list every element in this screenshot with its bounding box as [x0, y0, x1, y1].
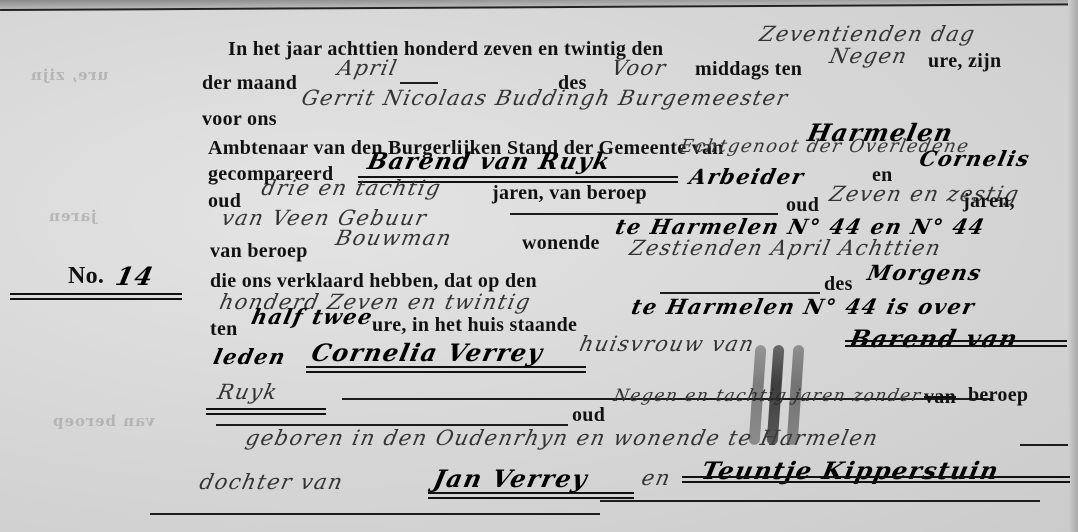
handwritten-spouse-surname: Ruyk [215, 380, 280, 404]
father-name-underline [428, 492, 634, 499]
printed-month-label: der maand [202, 72, 297, 95]
handwritten-death-date: Zestienden April Achttien [627, 236, 943, 260]
handwritten-time-of-day: Morgens [865, 260, 984, 285]
printed-jaren-van-beroep: jaren, van beroep [492, 182, 647, 205]
handwritten-occupation-2: Bouwman [333, 226, 454, 250]
page-top-edge [0, 0, 1078, 11]
printed-van-struck: van [924, 386, 956, 409]
spouse-name-underline [845, 340, 1067, 347]
bleed-through-text: ure, zijn [30, 66, 108, 84]
handwritten-declarant-2-firstname: Cornelis [917, 146, 1033, 171]
printed-ure-in-het-huis: ure, in het huis staande [372, 314, 577, 337]
handwritten-en: en [639, 466, 673, 490]
printed-jaren: jaren, [963, 190, 1015, 213]
bleed-through-text: jaren [48, 207, 97, 225]
handwritten-day: Zeventienden dag [757, 22, 978, 46]
printed-beroep: beroep [968, 384, 1028, 407]
printed-oud-3: oud [572, 404, 605, 427]
mother-name-underline [682, 476, 1070, 483]
handwritten-occupation-1: Arbeider [687, 164, 807, 189]
printed-wonende: wonende [522, 232, 600, 255]
fill-line [600, 500, 1040, 502]
handwritten-declarant-1: Barend van Ruyk [365, 148, 613, 175]
handwritten-official-name: Gerrit Nicolaas Buddingh Burgemeester [299, 86, 790, 110]
scanned-document: ure, zijn jaren van beroep No. 14 In het… [0, 0, 1078, 532]
handwritten-month: April [335, 56, 400, 80]
ink-smudge-mark [752, 345, 814, 445]
bleed-through-text: van beroep [52, 412, 155, 430]
printed-ure-zijn: ure, zijn [928, 50, 1001, 73]
record-number-underline [10, 293, 182, 300]
handwritten-death-hour: half twee [249, 304, 376, 329]
handwritten-age-1: drie en tachtig [259, 176, 443, 200]
handwritten-death-place: te Harmelen N° 44 is over [629, 294, 977, 319]
handwritten-spouse-name: Barend van [847, 324, 1021, 353]
page-right-edge [1068, 0, 1078, 532]
deceased-name-underline [306, 366, 586, 373]
spouse-surname-underline [206, 408, 326, 415]
printed-year-text: In het jaar achttien honderd zeven en tw… [228, 38, 663, 61]
fill-line [400, 82, 438, 84]
handwritten-spouse-relation: huisvrouw van [577, 332, 757, 356]
handwritten-hour: Negen [827, 44, 910, 68]
handwritten-daughter-of: dochter van [197, 470, 345, 494]
fill-line [1020, 444, 1068, 446]
handwritten-deceased-name: Cornelia Verrey [309, 338, 546, 367]
printed-voor-ons: voor ons [202, 108, 277, 131]
handwritten-voor: Voor [609, 56, 669, 80]
handwritten-overleden: leden [211, 344, 288, 369]
printed-van-beroep: van beroep [210, 240, 308, 263]
printed-ten: ten [210, 318, 238, 341]
handwritten-father-name: Jan Verrey [431, 464, 591, 493]
printed-middags-ten: middags ten [695, 58, 802, 81]
printed-des-2: des [824, 273, 853, 296]
record-number-label: No. [68, 263, 104, 290]
record-number: 14 [113, 262, 157, 291]
fill-line [150, 513, 600, 515]
